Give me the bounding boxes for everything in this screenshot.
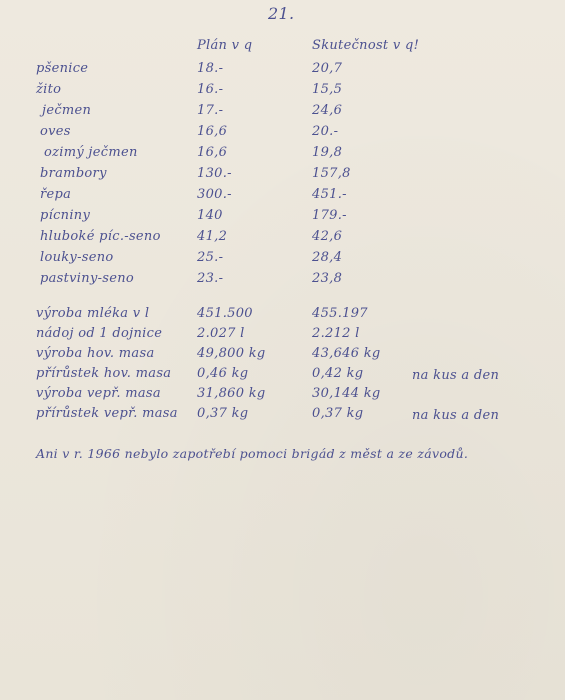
production-plan-value: 0,37 kg	[197, 406, 248, 421]
crop-actual-value: 451.-	[312, 187, 347, 202]
production-plan-value: 49,800 kg	[197, 346, 266, 361]
production-plan-value: 451.500	[197, 306, 253, 321]
production-plan-value: 31,860 kg	[197, 386, 266, 401]
production-actual-value: 43,646 kg	[312, 346, 381, 361]
production-actual-value: 455.197	[312, 306, 368, 321]
page-number: 21.	[268, 4, 294, 23]
crop-label: pícniny	[40, 208, 90, 223]
crop-label: oves	[40, 124, 71, 139]
production-plan-value: 2.027 l	[197, 326, 245, 341]
crop-actual-value: 20,7	[312, 61, 342, 76]
handwritten-document-page: 21. Plán v q Skutečnost v q! pšenice 18.…	[0, 0, 565, 700]
production-note: na kus a den	[412, 408, 499, 423]
crop-plan-value: 16.-	[197, 82, 223, 97]
crop-actual-value: 42,6	[312, 229, 342, 244]
crop-actual-value: 19,8	[312, 145, 342, 160]
crop-plan-value: 16,6	[197, 145, 227, 160]
column-header-actual: Skutečnost v q!	[312, 38, 419, 53]
production-label: výroba mléka v l	[36, 306, 149, 321]
crop-plan-value: 300.-	[197, 187, 232, 202]
crop-label: pšenice	[36, 61, 88, 76]
production-actual-value: 30,144 kg	[312, 386, 381, 401]
production-label: výroba hov. masa	[36, 346, 155, 361]
crop-actual-value: 24,6	[312, 103, 342, 118]
crop-plan-value: 23.-	[197, 271, 223, 286]
crop-label: brambory	[40, 166, 107, 181]
production-label: nádoj od 1 dojnice	[36, 326, 162, 341]
crop-label: ozimý ječmen	[44, 145, 138, 160]
production-plan-value: 0,46 kg	[197, 366, 248, 381]
crop-plan-value: 41,2	[197, 229, 227, 244]
crop-label: řepa	[40, 187, 71, 202]
crop-actual-value: 28,4	[312, 250, 342, 265]
crop-label: ječmen	[42, 103, 91, 118]
crop-plan-value: 25.-	[197, 250, 223, 265]
crop-plan-value: 17.-	[197, 103, 223, 118]
crop-label: louky-seno	[40, 250, 114, 265]
crop-plan-value: 18.-	[197, 61, 223, 76]
column-header-plan: Plán v q	[197, 38, 252, 53]
production-note: na kus a den	[412, 368, 499, 383]
production-label: přírůstek vepř. masa	[36, 406, 178, 421]
crop-actual-value: 179.-	[312, 208, 347, 223]
crop-plan-value: 140	[197, 208, 223, 223]
production-actual-value: 2.212 l	[312, 326, 360, 341]
crop-actual-value: 20.-	[312, 124, 338, 139]
crop-actual-value: 23,8	[312, 271, 342, 286]
production-label: přírůstek hov. masa	[36, 366, 171, 381]
crop-label: pastviny-seno	[40, 271, 134, 286]
crop-actual-value: 157,8	[312, 166, 351, 181]
footer-note: Ani v r. 1966 nebylo zapotřebí pomoci br…	[36, 440, 536, 467]
crop-label: hluboké píc.-seno	[40, 229, 161, 244]
crop-actual-value: 15,5	[312, 82, 342, 97]
crop-label: žito	[36, 82, 61, 97]
crop-plan-value: 16,6	[197, 124, 227, 139]
production-label: výroba vepř. masa	[36, 386, 161, 401]
production-actual-value: 0,37 kg	[312, 406, 363, 421]
production-actual-value: 0,42 kg	[312, 366, 363, 381]
crop-plan-value: 130.-	[197, 166, 232, 181]
